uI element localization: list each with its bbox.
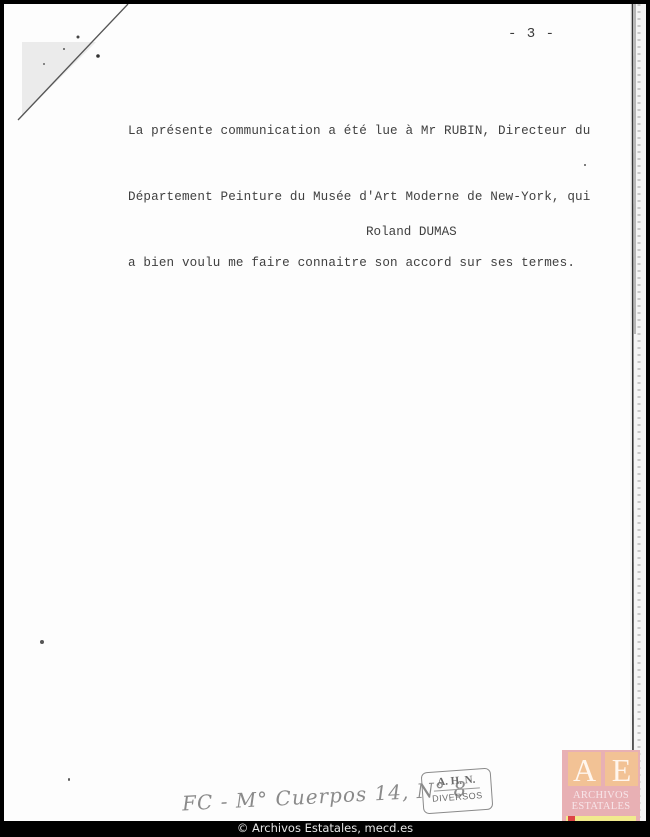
archive-stamp: A. H. N. DIVERSOS (421, 768, 494, 815)
paper-speck (584, 164, 586, 166)
logo-name-line-2: ESTATALES (562, 801, 640, 812)
paper-speck (40, 640, 44, 644)
stamp-line-1: A. H. N. (422, 773, 491, 790)
logo-name: ARCHIVOS ESTATALES (562, 790, 640, 812)
archivos-estatales-logo: A E ARCHIVOS ESTATALES (562, 750, 640, 822)
paper-speck (68, 778, 70, 781)
body-paragraph: La présente communication a été lue à Mr… (128, 76, 628, 318)
copyright-footer: © Archivos Estatales, mecd.es (0, 821, 650, 837)
logo-letter-a: A (568, 752, 601, 786)
signature: Roland DUMAS (366, 225, 457, 239)
stamp-line-2: DIVERSOS (423, 790, 492, 805)
logo-letter-e: E (605, 752, 638, 786)
page-edge-shadow (630, 4, 646, 821)
body-line: Département Peinture du Musée d'Art Mode… (128, 186, 628, 208)
body-line: a bien voulu me faire connaitre son acco… (128, 252, 628, 274)
body-line: La présente communication a été lue à Mr… (128, 120, 628, 142)
folded-corner-mark (16, 4, 134, 124)
page-number: - 3 - (508, 26, 555, 42)
document-page: - 3 - La présente communication a été lu… (4, 4, 646, 821)
logo-name-line-1: ARCHIVOS (562, 790, 640, 801)
